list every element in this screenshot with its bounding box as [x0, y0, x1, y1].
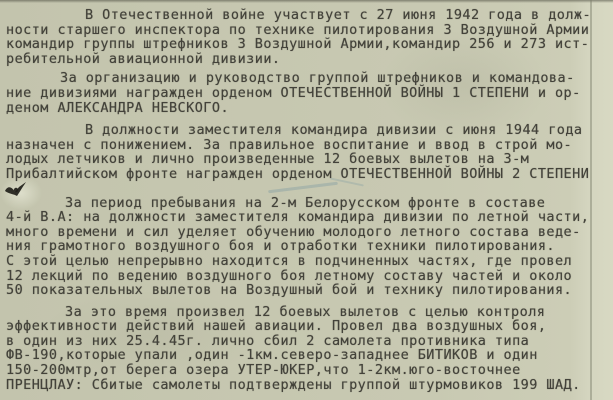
text-line: в один из них 25.4.45г. лично сбил 2 сам…: [6, 334, 613, 349]
paragraph: За период пребывания на 2-м Белорусском …: [6, 196, 613, 298]
text-line: В Отечественной войне участвует с 27 июн…: [6, 8, 613, 23]
text-line: ния грамотного воздушного боя и отработк…: [6, 239, 613, 254]
text-line: ние дивизиями награжден орденом ОТЕЧЕСТВ…: [6, 86, 613, 101]
text-line: ФВ-190,которые упали ,один -1км.северо-з…: [6, 348, 613, 363]
paragraph: В Отечественной войне участвует с 27 июн…: [6, 8, 613, 66]
paragraph: В должности заместителя командира дивизи…: [6, 123, 613, 181]
text-line: ности старшего инспектора по технике пил…: [6, 23, 613, 38]
text-line: деном АЛЕКСАНДРА НЕВСКОГО.: [6, 101, 613, 116]
scanned-document-page: В Отечественной войне участвует с 27 июн…: [0, 0, 613, 400]
text-line: Прибалтийском фронте награжден орденом О…: [6, 167, 613, 182]
paragraph: За организацию и руководство группой штр…: [6, 71, 613, 115]
text-line: 50 показательных вылетов на Воздушный бо…: [6, 283, 613, 298]
text-line: За период пребывания на 2-м Белорусском …: [6, 196, 613, 211]
text-line: 150-200мтр,от берега озера УТЕР-ЮКЕР,что…: [6, 363, 613, 378]
text-line: 4-й В.А: на должности заместителя команд…: [6, 210, 613, 225]
text-line: лодых летчиков и лично произведенные 12 …: [6, 152, 613, 167]
scan-top-edge: [0, 0, 613, 3]
text-line: эффективности действий нашей авиации. Пр…: [6, 319, 613, 334]
text-line: командир группы штрефников 3 Воздушной А…: [6, 37, 613, 52]
paragraph: За это время произвел 12 боевых вылетов …: [6, 305, 613, 393]
text-line: 12 лекций по ведению воздушного боя летн…: [6, 269, 613, 284]
document-text: В Отечественной войне участвует с 27 июн…: [6, 8, 613, 392]
text-line: В должности заместителя командира дивизи…: [6, 123, 613, 138]
text-line: С этой целью непрерывно находится в подч…: [6, 254, 613, 269]
text-line: ПРЕНЦЛАУ: Сбитые самолеты подтверждены г…: [6, 378, 613, 393]
text-line: За организацию и руководство группой штр…: [6, 71, 613, 86]
text-line: ребительной авиационной дивизии.: [6, 52, 613, 67]
